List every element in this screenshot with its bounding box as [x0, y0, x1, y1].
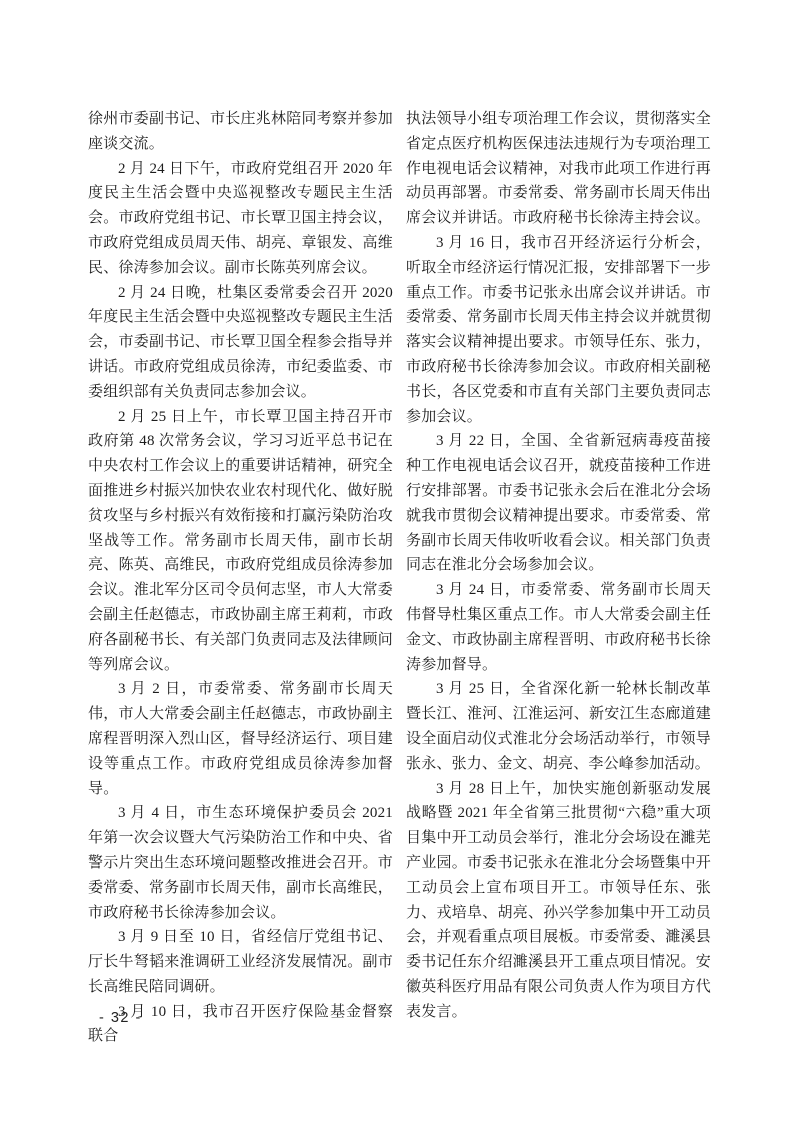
paragraph: 3 月 28 日上午，加快实施创新驱动发展战略暨 2021 年全省第三批贯彻“六… [406, 777, 711, 1025]
paragraph: 2 月 24 日下午，市政府党组召开 2020 年度民主生活会暨中央巡视整改专题… [88, 157, 393, 281]
text-column-left: 徐州市委副书记、市长庄兆林陪同考察并参加座谈交流。2 月 24 日下午，市政府党… [88, 107, 393, 1049]
document-page: 徐州市委副书记、市长庄兆林陪同考察并参加座谈交流。2 月 24 日下午，市政府党… [0, 0, 793, 1122]
page-number: - 32 - [99, 1010, 142, 1026]
paragraph: 3 月 9 日至 10 日，省经信厅党组书记、厅长牛弩韬来淮调研工业经济发展情况… [88, 925, 393, 999]
paragraph: 3 月 22 日，全国、全省新冠病毒疫苗接种工作电视电话会议召开，就疫苗接种工作… [406, 429, 711, 578]
page-body: 徐州市委副书记、市长庄兆林陪同考察并参加座谈交流。2 月 24 日下午，市政府党… [88, 107, 712, 1049]
paragraph: 2 月 24 日晚，杜集区委常委会召开 2020 年度民主生活会暨中央巡视整改专… [88, 281, 393, 405]
text-column-right: 执法领导小组专项治理工作会议，贯彻落实全省定点医疗机构医保违法违规行为专项治理工… [406, 107, 711, 1049]
paragraph: 3 月 2 日，市委常委、常务副市长周天伟，市人大常委会副主任赵德志，市政协副主… [88, 677, 393, 801]
paragraph: 执法领导小组专项治理工作会议，贯彻落实全省定点医疗机构医保违法违规行为专项治理工… [406, 107, 711, 231]
paragraph: 3 月 16 日，我市召开经济运行分析会，听取全市经济运行情况汇报，安排部署下一… [406, 231, 711, 429]
paragraph: 徐州市委副书记、市长庄兆林陪同考察并参加座谈交流。 [88, 107, 393, 157]
paragraph: 3 月 4 日，市生态环境保护委员会 2021 年第一次会议暨大气污染防治工作和… [88, 801, 393, 925]
paragraph: 3 月 24 日，市委常委、常务副市长周天伟督导杜集区重点工作。市人大常委会副主… [406, 578, 711, 677]
paragraph: 3 月 25 日，全省深化新一轮林长制改革暨长江、淮河、江淮运河、新安江生态廊道… [406, 677, 711, 776]
paragraph: 2 月 25 日上午，市长覃卫国主持召开市政府第 48 次常务会议，学习习近平总… [88, 405, 393, 678]
